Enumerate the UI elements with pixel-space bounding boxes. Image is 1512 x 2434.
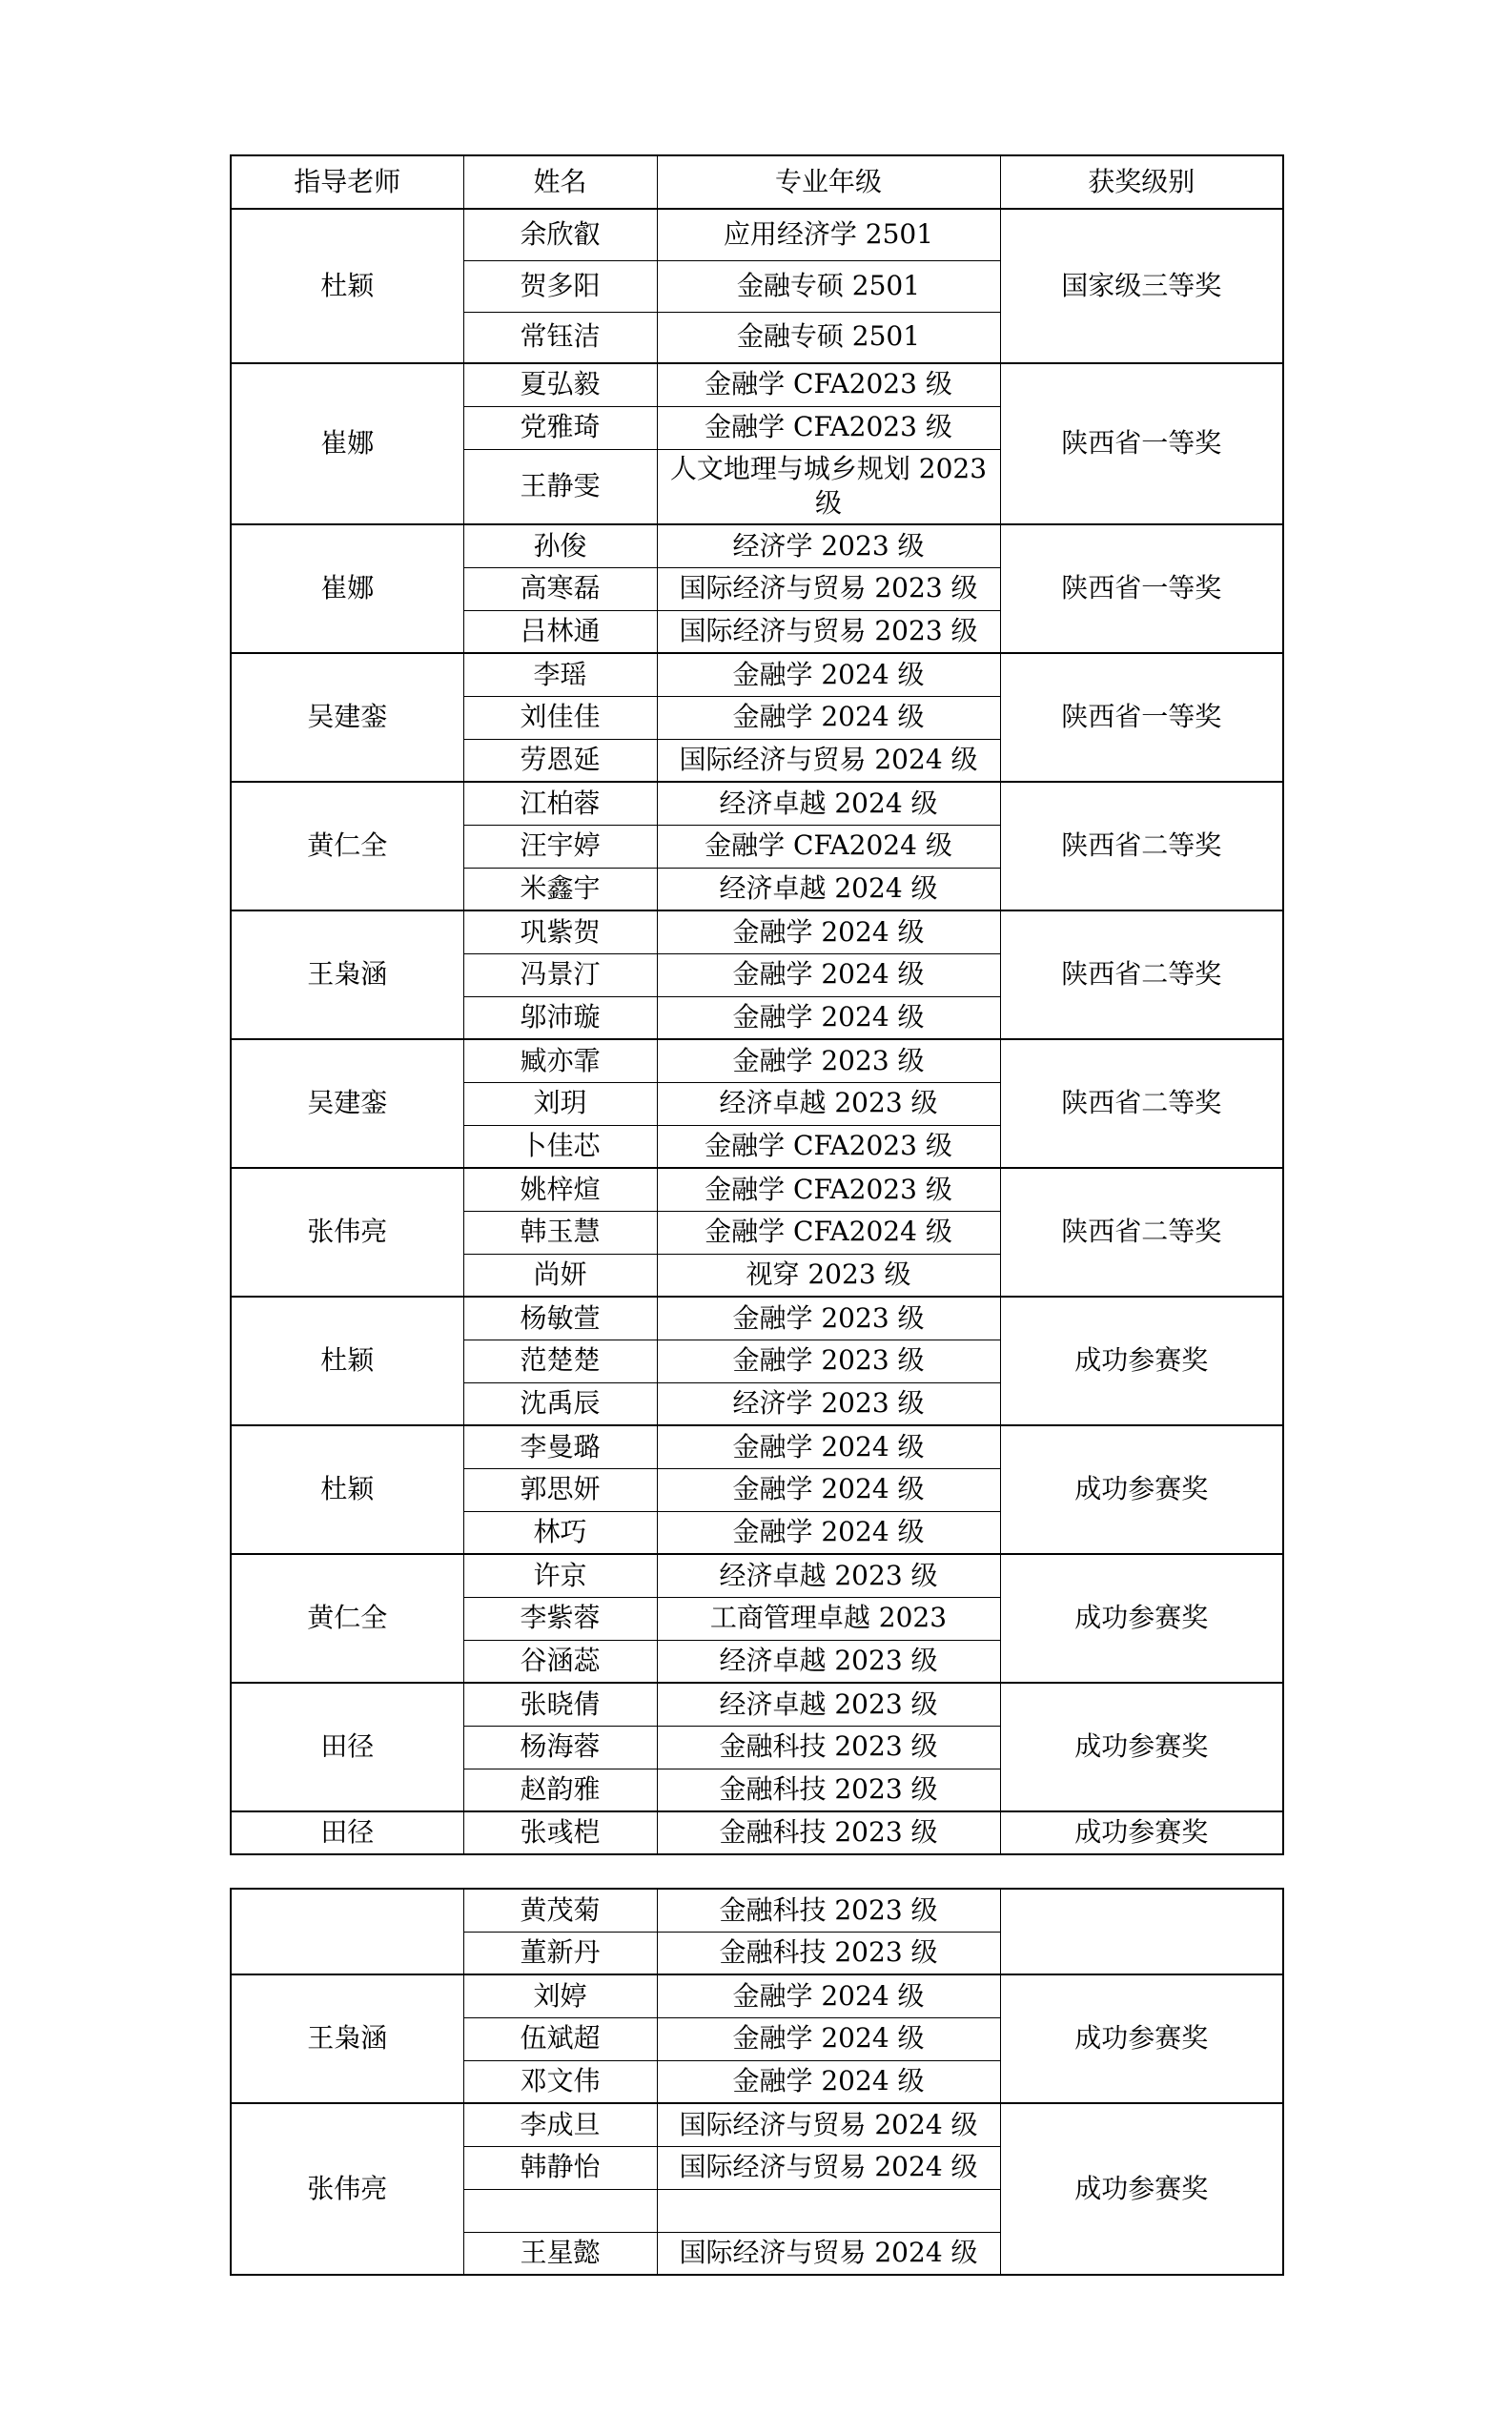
major-cell: 金融学 2024 级 xyxy=(657,1468,1000,1511)
table-row: 吴建銮臧亦霏金融学 2023 级陕西省二等奖 xyxy=(231,1039,1283,1082)
teacher-cell: 黄仁全 xyxy=(231,782,463,910)
award-cell: 陕西省一等奖 xyxy=(1000,363,1283,524)
table-row: 杜颖李曼璐金融学 2024 级成功参赛奖 xyxy=(231,1425,1283,1468)
table-row: 杜颖余欣叡应用经济学 2501国家级三等奖 xyxy=(231,209,1283,260)
major-cell: 金融学 CFA2023 级 xyxy=(657,406,1000,449)
student-name-cell: 李瑶 xyxy=(463,653,657,696)
major-cell: 国际经济与贸易 2024 级 xyxy=(657,2146,1000,2189)
student-name-cell: 韩静怡 xyxy=(463,2146,657,2189)
student-name-cell: 王星懿 xyxy=(463,2232,657,2275)
award-cell: 成功参赛奖 xyxy=(1000,1683,1283,1811)
student-name-cell: 李曼璐 xyxy=(463,1425,657,1468)
major-cell: 国际经济与贸易 2024 级 xyxy=(657,2232,1000,2275)
header-award-level: 获奖级别 xyxy=(1000,155,1283,209)
award-cell: 陕西省二等奖 xyxy=(1000,782,1283,910)
student-name-cell: 巩紫贺 xyxy=(463,910,657,953)
table-row: 田径张晓倩经济卓越 2023 级成功参赛奖 xyxy=(231,1683,1283,1726)
teacher-cell: 王枭涵 xyxy=(231,1974,463,2103)
award-cell: 国家级三等奖 xyxy=(1000,209,1283,363)
major-cell: 金融科技 2023 级 xyxy=(657,1769,1000,1811)
student-name-cell: 吕林通 xyxy=(463,610,657,653)
student-name-cell: 汪宇婷 xyxy=(463,825,657,868)
teacher-cell: 杜颖 xyxy=(231,1297,463,1425)
major-cell: 金融学 2024 级 xyxy=(657,2017,1000,2060)
major-cell: 工商管理卓越 2023 xyxy=(657,1597,1000,1640)
teacher-cell: 张伟亮 xyxy=(231,2103,463,2275)
student-name-cell: 臧亦霏 xyxy=(463,1039,657,1082)
student-name-cell: 谷涵蕊 xyxy=(463,1640,657,1683)
student-name-cell: 刘佳佳 xyxy=(463,696,657,739)
student-name-cell: 江柏蓉 xyxy=(463,782,657,825)
award-cell: 成功参赛奖 xyxy=(1000,1425,1283,1554)
student-name-cell: 邬沛璇 xyxy=(463,996,657,1039)
major-cell: 金融科技 2023 级 xyxy=(657,1811,1000,1854)
student-name-cell: 孙俊 xyxy=(463,524,657,567)
major-cell: 金融学 2024 级 xyxy=(657,1425,1000,1468)
table-row: 张伟亮姚梓煊金融学 CFA2023 级陕西省二等奖 xyxy=(231,1168,1283,1211)
student-name-cell: 王静雯 xyxy=(463,449,657,524)
major-cell: 金融学 2024 级 xyxy=(657,1974,1000,2017)
tables-wrap: 指导老师姓名专业年级获奖级别 杜颖余欣叡应用经济学 2501国家级三等奖贺多阳金… xyxy=(230,154,1282,2276)
student-name-cell: 张彧桤 xyxy=(463,1811,657,1854)
table-row: 黄仁全江柏蓉经济卓越 2024 级陕西省二等奖 xyxy=(231,782,1283,825)
major-cell: 金融学 CFA2024 级 xyxy=(657,825,1000,868)
student-name-cell: 党雅琦 xyxy=(463,406,657,449)
student-name-cell: 韩玉慧 xyxy=(463,1211,657,1254)
student-name-cell: 伍斌超 xyxy=(463,2017,657,2060)
student-name-cell: 尚妍 xyxy=(463,1254,657,1297)
major-cell: 金融学 2023 级 xyxy=(657,1297,1000,1340)
student-name-cell: 刘玥 xyxy=(463,1082,657,1125)
major-cell: 经济卓越 2024 级 xyxy=(657,868,1000,910)
table-body: 杜颖余欣叡应用经济学 2501国家级三等奖贺多阳金融专硕 2501常钰洁金融专硕… xyxy=(231,209,1283,1854)
student-name-cell: 卜佳芯 xyxy=(463,1125,657,1168)
table-row: 王枭涵巩紫贺金融学 2024 级陕西省二等奖 xyxy=(231,910,1283,953)
student-name-cell: 李成旦 xyxy=(463,2103,657,2146)
major-cell: 金融科技 2023 级 xyxy=(657,1932,1000,1974)
teacher-cell: 王枭涵 xyxy=(231,910,463,1039)
major-cell: 金融学 2023 级 xyxy=(657,1340,1000,1382)
student-name-cell: 冯景汀 xyxy=(463,953,657,996)
student-name-cell: 许京 xyxy=(463,1554,657,1597)
awards-table-1: 指导老师姓名专业年级获奖级别 杜颖余欣叡应用经济学 2501国家级三等奖贺多阳金… xyxy=(230,154,1284,1855)
teacher-cell: 崔娜 xyxy=(231,363,463,524)
major-cell: 金融学 2024 级 xyxy=(657,910,1000,953)
student-name-cell: 赵韵雅 xyxy=(463,1769,657,1811)
major-cell: 金融学 2024 级 xyxy=(657,696,1000,739)
header-row: 指导老师姓名专业年级获奖级别 xyxy=(231,155,1283,209)
awards-table-2: 黄茂菊金融科技 2023 级董新丹金融科技 2023 级王枭涵刘婷金融学 202… xyxy=(230,1888,1284,2276)
major-cell: 国际经济与贸易 2023 级 xyxy=(657,610,1000,653)
document-page: 指导老师姓名专业年级获奖级别 杜颖余欣叡应用经济学 2501国家级三等奖贺多阳金… xyxy=(0,0,1512,2434)
table-row: 张伟亮李成旦国际经济与贸易 2024 级成功参赛奖 xyxy=(231,2103,1283,2146)
table-row: 黄仁全许京经济卓越 2023 级成功参赛奖 xyxy=(231,1554,1283,1597)
award-cell: 成功参赛奖 xyxy=(1000,1297,1283,1425)
award-cell: 成功参赛奖 xyxy=(1000,1554,1283,1683)
student-name-cell: 邓文伟 xyxy=(463,2060,657,2103)
student-name-cell: 杨海蓉 xyxy=(463,1726,657,1769)
award-cell: 陕西省一等奖 xyxy=(1000,524,1283,653)
teacher-cell: 吴建銮 xyxy=(231,653,463,782)
major-cell: 金融学 2024 级 xyxy=(657,996,1000,1039)
major-cell: 国际经济与贸易 2023 级 xyxy=(657,567,1000,610)
student-name-cell: 余欣叡 xyxy=(463,209,657,260)
major-cell: 金融学 2024 级 xyxy=(657,2060,1000,2103)
student-name-cell: 刘婷 xyxy=(463,1974,657,2017)
major-cell: 金融科技 2023 级 xyxy=(657,1889,1000,1932)
award-cell: 成功参赛奖 xyxy=(1000,2103,1283,2275)
major-cell: 应用经济学 2501 xyxy=(657,209,1000,260)
major-cell: 人文地理与城乡规划 2023 级 xyxy=(657,449,1000,524)
student-name-cell: 李紫蓉 xyxy=(463,1597,657,1640)
table-row: 崔娜夏弘毅金融学 CFA2023 级陕西省一等奖 xyxy=(231,363,1283,406)
student-name-cell: 米鑫宇 xyxy=(463,868,657,910)
teacher-cell: 吴建銮 xyxy=(231,1039,463,1168)
major-cell: 国际经济与贸易 2024 级 xyxy=(657,2103,1000,2146)
teacher-cell: 崔娜 xyxy=(231,524,463,653)
student-name-cell: 贺多阳 xyxy=(463,260,657,312)
major-cell: 金融科技 2023 级 xyxy=(657,1726,1000,1769)
major-cell: 视穿 2023 级 xyxy=(657,1254,1000,1297)
student-name-cell: 沈禹辰 xyxy=(463,1382,657,1425)
teacher-cell: 田径 xyxy=(231,1683,463,1811)
major-cell: 经济学 2023 级 xyxy=(657,524,1000,567)
table-row: 吴建銮李瑶金融学 2024 级陕西省一等奖 xyxy=(231,653,1283,696)
award-cell: 陕西省一等奖 xyxy=(1000,653,1283,782)
teacher-cell: 张伟亮 xyxy=(231,1168,463,1297)
table-row: 田径张彧桤金融科技 2023 级成功参赛奖 xyxy=(231,1811,1283,1854)
student-name-cell: 常钰洁 xyxy=(463,312,657,363)
award-cell: 陕西省二等奖 xyxy=(1000,1168,1283,1297)
major-cell: 经济卓越 2023 级 xyxy=(657,1683,1000,1726)
major-cell: 金融专硕 2501 xyxy=(657,312,1000,363)
major-cell: 经济卓越 2023 级 xyxy=(657,1554,1000,1597)
table-row: 崔娜孙俊经济学 2023 级陕西省一等奖 xyxy=(231,524,1283,567)
teacher-cell: 田径 xyxy=(231,1811,463,1854)
award-cell: 陕西省二等奖 xyxy=(1000,910,1283,1039)
header-student-name: 姓名 xyxy=(463,155,657,209)
table-row: 杜颖杨敏萱金融学 2023 级成功参赛奖 xyxy=(231,1297,1283,1340)
major-cell: 金融学 2024 级 xyxy=(657,1511,1000,1554)
student-name-cell: 黄茂菊 xyxy=(463,1889,657,1932)
table-row: 黄茂菊金融科技 2023 级 xyxy=(231,1889,1283,1932)
student-name-cell: 董新丹 xyxy=(463,1932,657,1974)
major-cell: 经济卓越 2023 级 xyxy=(657,1082,1000,1125)
teacher-cell: 黄仁全 xyxy=(231,1554,463,1683)
major-cell: 国际经济与贸易 2024 级 xyxy=(657,739,1000,782)
major-cell: 金融专硕 2501 xyxy=(657,260,1000,312)
major-cell: 经济学 2023 级 xyxy=(657,1382,1000,1425)
award-cell: 陕西省二等奖 xyxy=(1000,1039,1283,1168)
student-name-cell: 高寒磊 xyxy=(463,567,657,610)
student-name-cell: 姚梓煊 xyxy=(463,1168,657,1211)
major-cell xyxy=(657,2189,1000,2232)
table-row: 王枭涵刘婷金融学 2024 级成功参赛奖 xyxy=(231,1974,1283,2017)
student-name-cell: 张晓倩 xyxy=(463,1683,657,1726)
major-cell: 经济卓越 2023 级 xyxy=(657,1640,1000,1683)
award-cell: 成功参赛奖 xyxy=(1000,1974,1283,2103)
teacher-cell: 杜颖 xyxy=(231,1425,463,1554)
major-cell: 金融学 CFA2023 级 xyxy=(657,1125,1000,1168)
award-cell xyxy=(1000,1889,1283,1974)
teacher-cell: 杜颖 xyxy=(231,209,463,363)
major-cell: 经济卓越 2024 级 xyxy=(657,782,1000,825)
student-name-cell: 夏弘毅 xyxy=(463,363,657,406)
table-body: 黄茂菊金融科技 2023 级董新丹金融科技 2023 级王枭涵刘婷金融学 202… xyxy=(231,1889,1283,2275)
student-name-cell: 范楚楚 xyxy=(463,1340,657,1382)
header-major: 专业年级 xyxy=(657,155,1000,209)
student-name-cell: 林巧 xyxy=(463,1511,657,1554)
major-cell: 金融学 2024 级 xyxy=(657,953,1000,996)
table-header: 指导老师姓名专业年级获奖级别 xyxy=(231,155,1283,209)
major-cell: 金融学 CFA2023 级 xyxy=(657,363,1000,406)
teacher-cell xyxy=(231,1889,463,1974)
student-name-cell: 劳恩延 xyxy=(463,739,657,782)
student-name-cell xyxy=(463,2189,657,2232)
major-cell: 金融学 2023 级 xyxy=(657,1039,1000,1082)
header-teacher: 指导老师 xyxy=(231,155,463,209)
major-cell: 金融学 CFA2023 级 xyxy=(657,1168,1000,1211)
student-name-cell: 杨敏萱 xyxy=(463,1297,657,1340)
award-cell: 成功参赛奖 xyxy=(1000,1811,1283,1854)
student-name-cell: 郭思妍 xyxy=(463,1468,657,1511)
major-cell: 金融学 2024 级 xyxy=(657,653,1000,696)
major-cell: 金融学 CFA2024 级 xyxy=(657,1211,1000,1254)
